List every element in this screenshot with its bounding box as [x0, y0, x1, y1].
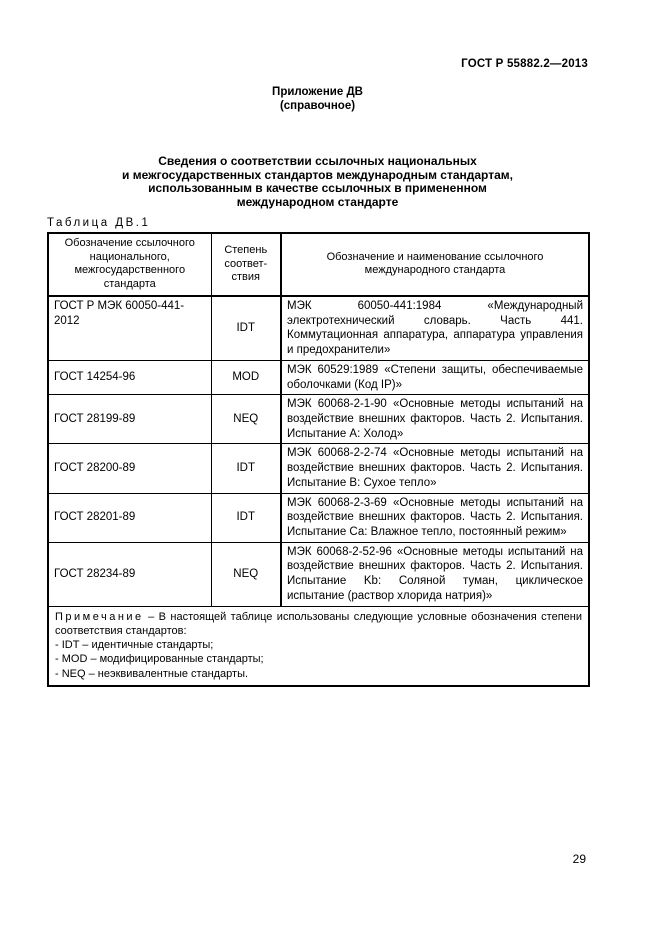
table-row: ГОСТ 14254-96 MOD МЭК 60529:1989 «Степен… — [48, 360, 589, 394]
table-row: ГОСТ 28201-89 IDT МЭК 60068-2-3-69 «Осно… — [48, 493, 589, 542]
header-degree: Степень соответ- ствия — [211, 233, 281, 296]
international-standard-cell: МЭК 60068-2-1-90 «Основные методы испыта… — [281, 395, 589, 444]
international-standard-cell: МЭК 60529:1989 «Степени защиты, обеспечи… — [281, 360, 589, 394]
table-header-row: Обозначение ссылочного национального, ме… — [48, 233, 589, 296]
national-standard-cell: ГОСТ 28199-89 — [48, 395, 211, 444]
document-title-line: Сведения о соответствии ссылочных национ… — [47, 155, 588, 169]
document-title-line: и межгосударственных стандартов междунар… — [47, 169, 588, 183]
degree-cell: NEQ — [211, 395, 281, 444]
document-page: ГОСТ Р 55882.2—2013 Приложение ДВ (справ… — [0, 0, 661, 935]
degree-cell: MOD — [211, 360, 281, 394]
document-title-line: международном стандарте — [47, 196, 588, 210]
international-standard-cell: МЭК 60068-2-2-74 «Основные методы испыта… — [281, 444, 589, 493]
page-number: 29 — [573, 852, 586, 866]
table-row: ГОСТ 28199-89 NEQ МЭК 60068-2-1-90 «Осно… — [48, 395, 589, 444]
degree-cell: NEQ — [211, 542, 281, 606]
table-row: ГОСТ 28200-89 IDT МЭК 60068-2-2-74 «Осно… — [48, 444, 589, 493]
note-item: - MOD – модифицированные стандарты; — [55, 652, 582, 666]
doc-number: ГОСТ Р 55882.2—2013 — [47, 58, 588, 70]
table-caption: Таблица ДВ.1 — [47, 217, 588, 229]
national-standard-cell: ГОСТ 14254-96 — [48, 360, 211, 394]
national-standard-cell: ГОСТ 28234-89 — [48, 542, 211, 606]
international-standard-cell: МЭК 60050-441:1984 «Международный электр… — [281, 296, 589, 360]
header-international-standard: Обозначение и наименование ссылочного ме… — [281, 233, 589, 296]
national-standard-cell: ГОСТ Р МЭК 60050-441-2012 — [48, 296, 211, 360]
table-note-row: Примечание – В настоящей таблице использ… — [48, 606, 589, 686]
international-standard-cell: МЭК 60068-2-3-69 «Основные методы испыта… — [281, 493, 589, 542]
degree-cell: IDT — [211, 493, 281, 542]
national-standard-cell: ГОСТ 28200-89 — [48, 444, 211, 493]
table-note: Примечание – В настоящей таблице использ… — [48, 606, 589, 686]
appendix-title: Приложение ДВ — [47, 85, 588, 99]
content-area: ГОСТ Р 55882.2—2013 Приложение ДВ (справ… — [47, 0, 588, 687]
note-label: Примечание — [55, 611, 144, 623]
appendix-heading: Приложение ДВ (справочное) — [47, 85, 588, 114]
table-row: ГОСТ Р МЭК 60050-441-2012 IDT МЭК 60050-… — [48, 296, 589, 360]
note-item: - IDT – идентичные стандарты; — [55, 638, 582, 652]
standards-correspondence-table: Обозначение ссылочного национального, ме… — [47, 232, 590, 687]
national-standard-cell: ГОСТ 28201-89 — [48, 493, 211, 542]
international-standard-cell: МЭК 60068-2-52-96 «Основные методы испыт… — [281, 542, 589, 606]
note-item: - NEQ – неэквивалентные стандарты. — [55, 667, 582, 681]
document-title: Сведения о соответствии ссылочных национ… — [47, 155, 588, 210]
table-row: ГОСТ 28234-89 NEQ МЭК 60068-2-52-96 «Осн… — [48, 542, 589, 606]
degree-cell: IDT — [211, 296, 281, 360]
document-title-line: использованным в качестве ссылочных в пр… — [47, 182, 588, 196]
degree-cell: IDT — [211, 444, 281, 493]
header-national-standard: Обозначение ссылочного национального, ме… — [48, 233, 211, 296]
appendix-subtitle: (справочное) — [47, 99, 588, 113]
